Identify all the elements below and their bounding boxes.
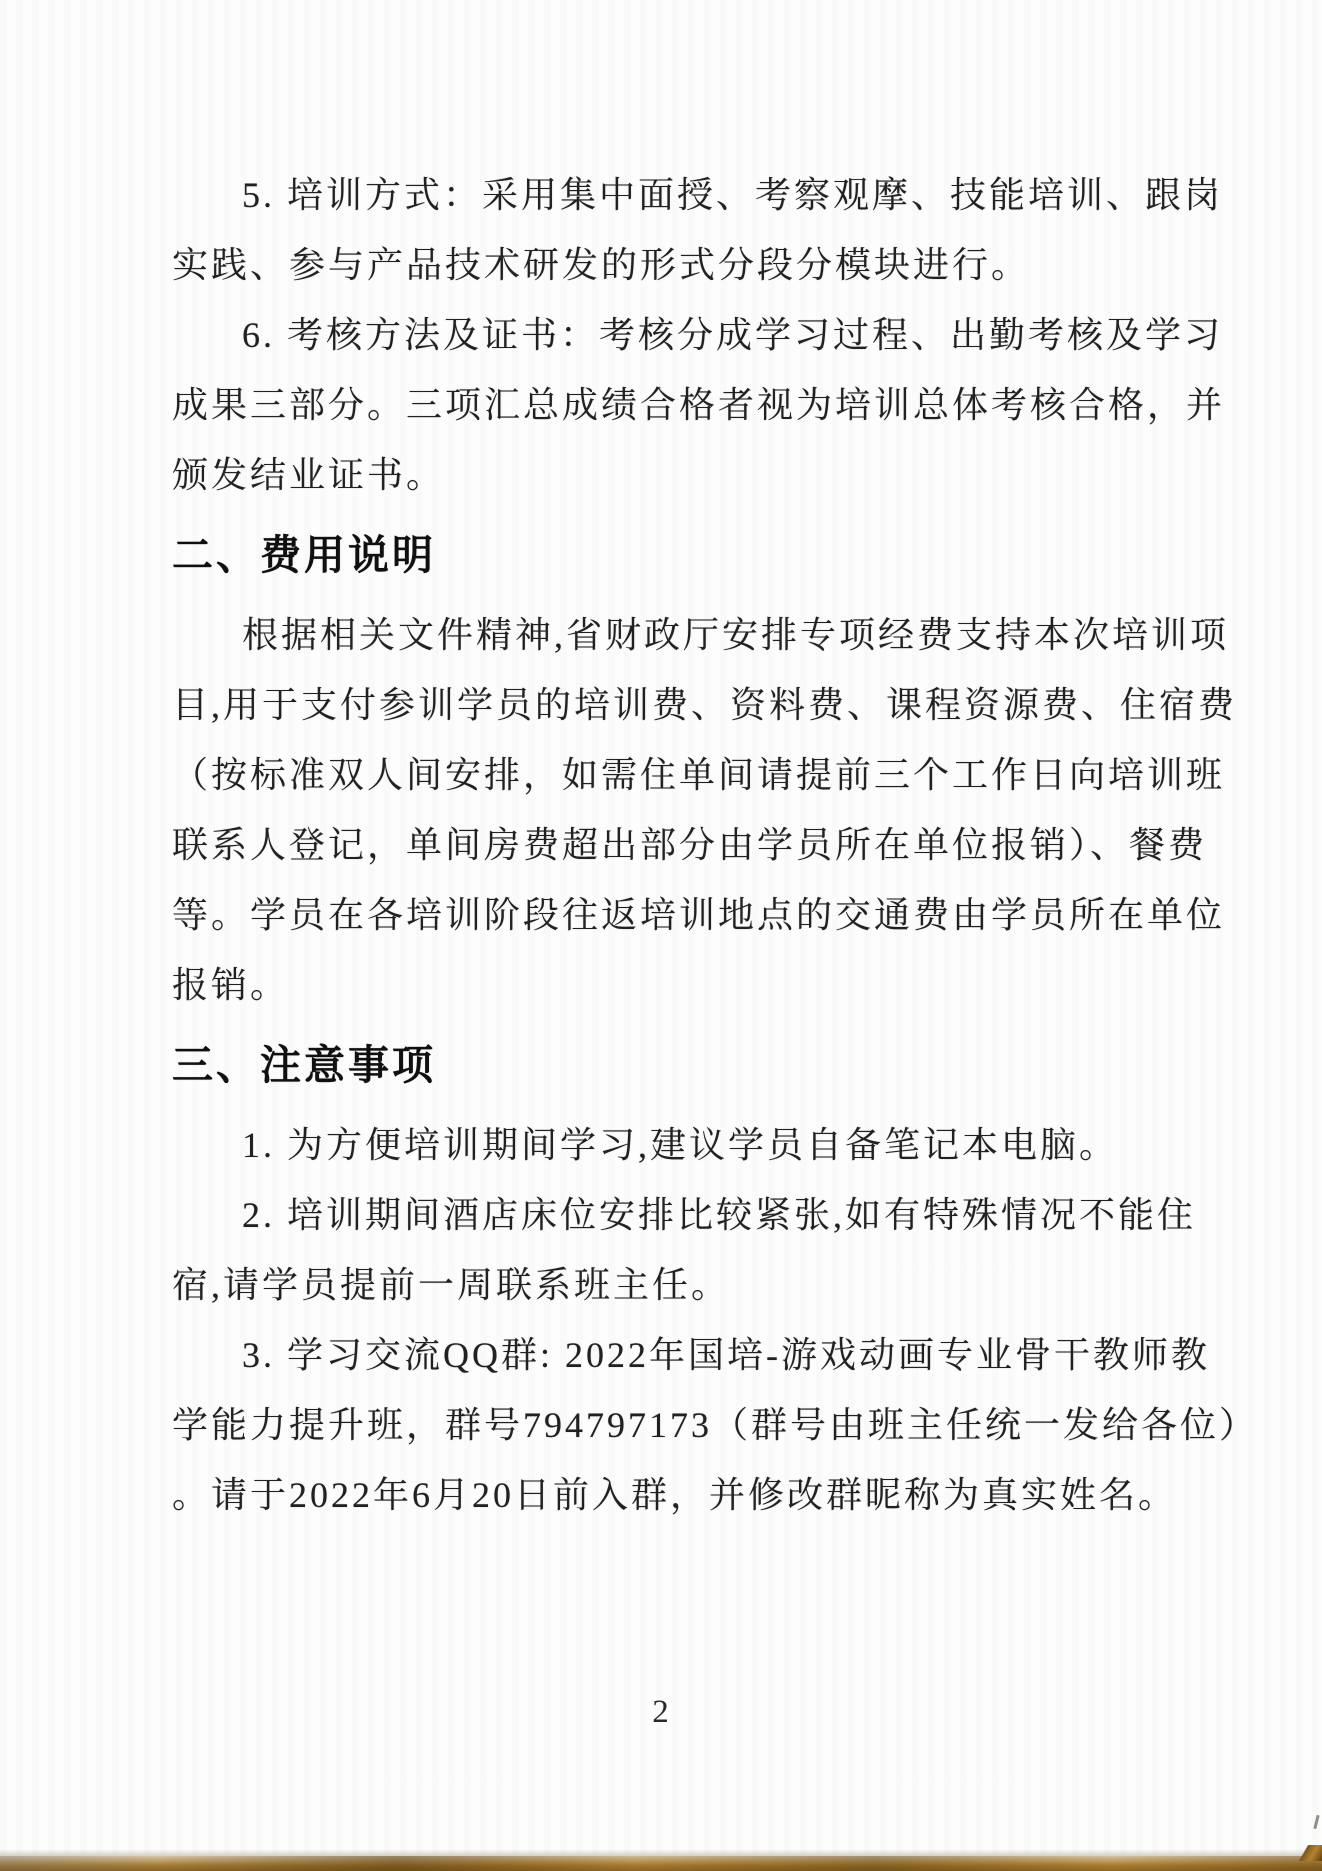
fees-line-5: 等。学员在各培训阶段往返培训地点的交通费由学员所在单位 (172, 880, 1202, 950)
section-heading-notes: 三、注意事项 (172, 1020, 1202, 1110)
fees-line-6: 报销。 (172, 950, 1202, 1020)
fees-line-2: 目,用于支付参训学员的培训费、资料费、课程资源费、住宿费 (172, 670, 1202, 740)
note-2-line-2: 宿,请学员提前一周联系班主任。 (172, 1250, 1202, 1320)
scan-bottom-edge (0, 1856, 1322, 1871)
item-5-line-1: 5. 培训方式：采用集中面授、考察观摩、技能培训、跟岗 (172, 160, 1202, 230)
section-heading-fees: 二、费用说明 (172, 510, 1202, 600)
item-6-line-2: 成果三部分。三项汇总成绩合格者视为培训总体考核合格，并 (172, 370, 1202, 440)
fees-line-4: 联系人登记，单间房费超出部分由学员所在单位报销）、餐费 (172, 810, 1202, 880)
scan-corner-artifact (1288, 1845, 1322, 1861)
scan-bottom-edge-blur (0, 1849, 1322, 1856)
document-body: 5. 培训方式：采用集中面授、考察观摩、技能培训、跟岗 实践、参与产品技术研发的… (172, 160, 1202, 1530)
fees-line-1: 根据相关文件精神,省财政厅安排专项经费支持本次培训项 (172, 600, 1202, 670)
item-6-line-1: 6. 考核方法及证书：考核分成学习过程、出勤考核及学习 (172, 300, 1202, 370)
note-1-line-1: 1. 为方便培训期间学习,建议学员自备笔记本电脑。 (172, 1110, 1202, 1180)
fees-line-3: （按标准双人间安排，如需住单间请提前三个工作日向培训班 (172, 740, 1202, 810)
note-3-line-3: 。请于2022年6月20日前入群，并修改群昵称为真实姓名。 (172, 1460, 1202, 1530)
note-2-line-1: 2. 培训期间酒店床位安排比较紧张,如有特殊情况不能住 (172, 1180, 1202, 1250)
item-5-line-2: 实践、参与产品技术研发的形式分段分模块进行。 (172, 230, 1202, 300)
item-6-line-3: 颁发结业证书。 (172, 440, 1202, 510)
note-3-line-1: 3. 学习交流QQ群: 2022年国培-游戏动画专业骨干教师教 (172, 1320, 1202, 1390)
note-3-line-2: 学能力提升班，群号794797173（群号由班主任统一发给各位） (172, 1390, 1202, 1460)
scan-edge-speck (1313, 1815, 1319, 1829)
page-number: 2 (0, 1694, 1322, 1731)
